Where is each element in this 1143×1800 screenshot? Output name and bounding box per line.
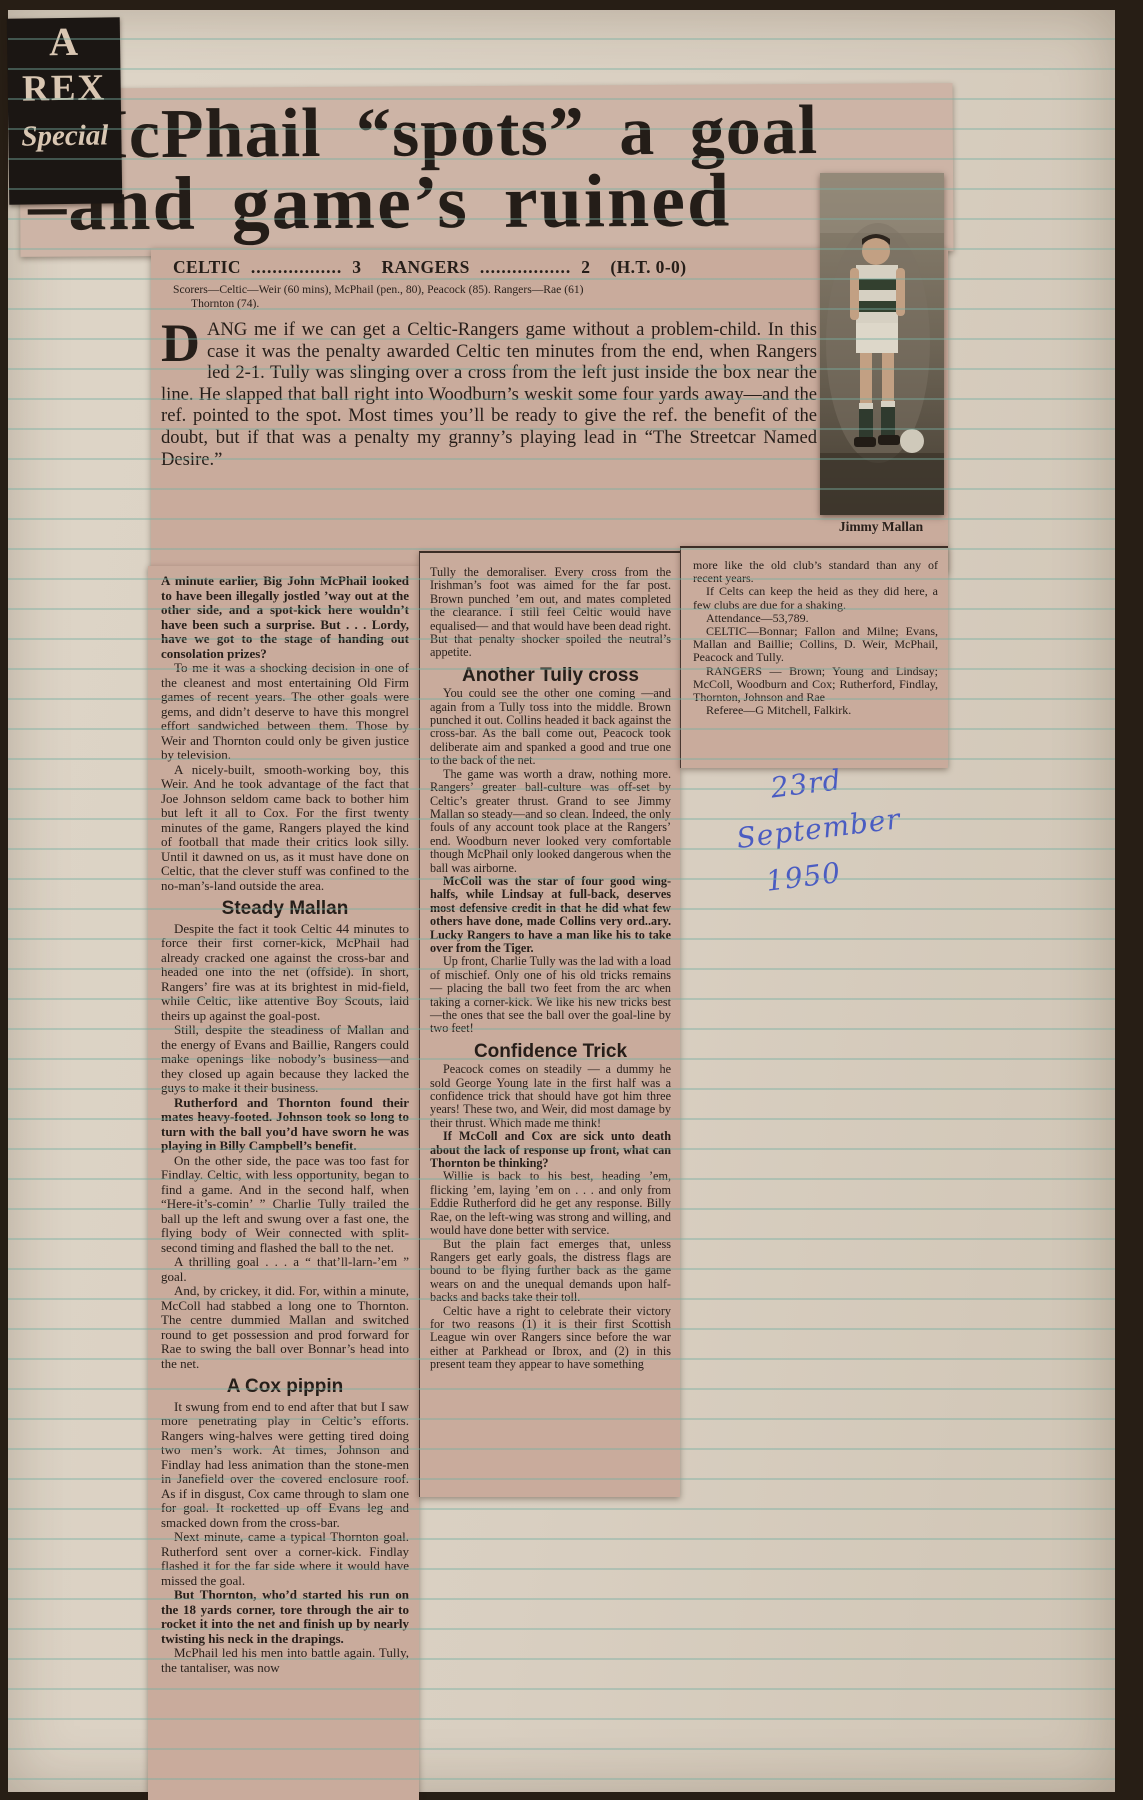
paragraph: Despite the fact it took Celtic 44 minut…	[161, 922, 409, 1024]
home-team: CELTIC	[173, 257, 241, 277]
handwritten-date: 23rd September 1950	[728, 746, 943, 907]
paragraph: To me it was a shocking decision in one …	[161, 661, 409, 763]
headline-clipping: McPhail “spots” a goal –and game’s ruine…	[19, 83, 953, 257]
paragraph: CELTIC—Bonnar; Fallon and Milne; Evans, …	[693, 625, 938, 665]
subheading: A Cox pippin	[161, 1380, 409, 1395]
paragraph: McPhail led his men into battle again. T…	[161, 1646, 409, 1675]
photo-caption: Jimmy Mallan	[814, 519, 948, 535]
away-team: RANGERS	[381, 257, 469, 277]
paragraph: A nicely-built, smooth-working boy, this…	[161, 763, 409, 894]
paragraph: Next minute, came a typical Thornton goa…	[161, 1530, 409, 1588]
paragraph: It swung from end to end after that but …	[161, 1400, 409, 1531]
paragraph: A minute earlier, Big John McPhail looke…	[161, 574, 409, 661]
paragraph: Rutherford and Thornton found their mate…	[161, 1096, 409, 1154]
drop-cap: D	[161, 322, 200, 364]
badge-line-rex: REX	[7, 66, 121, 111]
paragraph: Referee—G Mitchell, Falkirk.	[693, 704, 938, 717]
scorers-part-1: Scorers—Celtic—Weir (60 mins), McPhail (…	[173, 283, 584, 296]
paragraph: Tully the demoraliser. Every cross from …	[430, 566, 671, 660]
scorers-line: Scorers—Celtic—Weir (60 mins), McPhail (…	[173, 283, 833, 310]
paragraph: Celtic have a right to celebrate their v…	[430, 1305, 671, 1372]
home-score: 3	[352, 257, 361, 277]
article-column-2: Tully the demoraliser. Every cross from …	[419, 551, 680, 1497]
badge-line-special: Special	[8, 119, 121, 154]
paragraph: more like the old club’s standard than a…	[693, 559, 938, 585]
article-column-3: more like the old club’s standard than a…	[680, 546, 948, 768]
half-time-score: (H.T. 0-0)	[610, 257, 686, 277]
paragraph: A thrilling goal . . . a “ that’ll-larn-…	[161, 1255, 409, 1284]
player-photo	[820, 173, 944, 515]
paragraph: You could see the other one coming —and …	[430, 687, 671, 767]
rex-special-badge: A REX Special	[7, 17, 123, 205]
paragraph: If McColl and Cox are sick unto death ab…	[430, 1130, 671, 1170]
away-score: 2	[581, 257, 590, 277]
paragraph: On the other side, the pace was too fast…	[161, 1154, 409, 1256]
subheading: Steady Mallan	[161, 902, 409, 917]
subheading: Confidence Trick	[430, 1045, 671, 1058]
score-dots: .................	[480, 257, 571, 277]
paragraph: If Celts can keep the heid as they did h…	[693, 585, 938, 611]
headline-line-2: –and game’s ruined	[28, 161, 953, 243]
score-dots: .................	[251, 257, 342, 277]
subheading: Another Tully cross	[430, 669, 671, 682]
badge-line-a: A	[7, 17, 121, 66]
player-photo-illustration	[820, 173, 944, 515]
paragraph: Still, despite the steadiness of Mallan …	[161, 1023, 409, 1096]
paragraph: Up front, Charlie Tully was the lad with…	[430, 955, 671, 1035]
scrapbook-page: McPhail “spots” a goal –and game’s ruine…	[8, 10, 1115, 1792]
paragraph: The game was worth a draw, nothing more.…	[430, 768, 671, 875]
paragraph: RANGERS — Brown; Young and Lindsay; McCo…	[693, 665, 938, 705]
paragraph: Peacock comes on steadily — a dummy he s…	[430, 1063, 671, 1130]
article-column-1: A minute earlier, Big John McPhail looke…	[148, 566, 419, 1800]
scorers-part-2: Thornton (74).	[191, 297, 833, 311]
paragraph: But the plain fact emerges that, unless …	[430, 1238, 671, 1305]
intro-text: ANG me if we can get a Celtic-Rangers ga…	[161, 319, 817, 470]
paragraph: And, by crickey, it did. For, within a m…	[161, 1284, 409, 1371]
paragraph: Willie is back to his best, heading ’em,…	[430, 1170, 671, 1237]
intro-paragraph: DANG me if we can get a Celtic-Rangers g…	[161, 319, 817, 470]
paragraph: But Thornton, who’d started his run on t…	[161, 1588, 409, 1646]
paragraph: McColl was the star of four good wing-ha…	[430, 875, 671, 955]
